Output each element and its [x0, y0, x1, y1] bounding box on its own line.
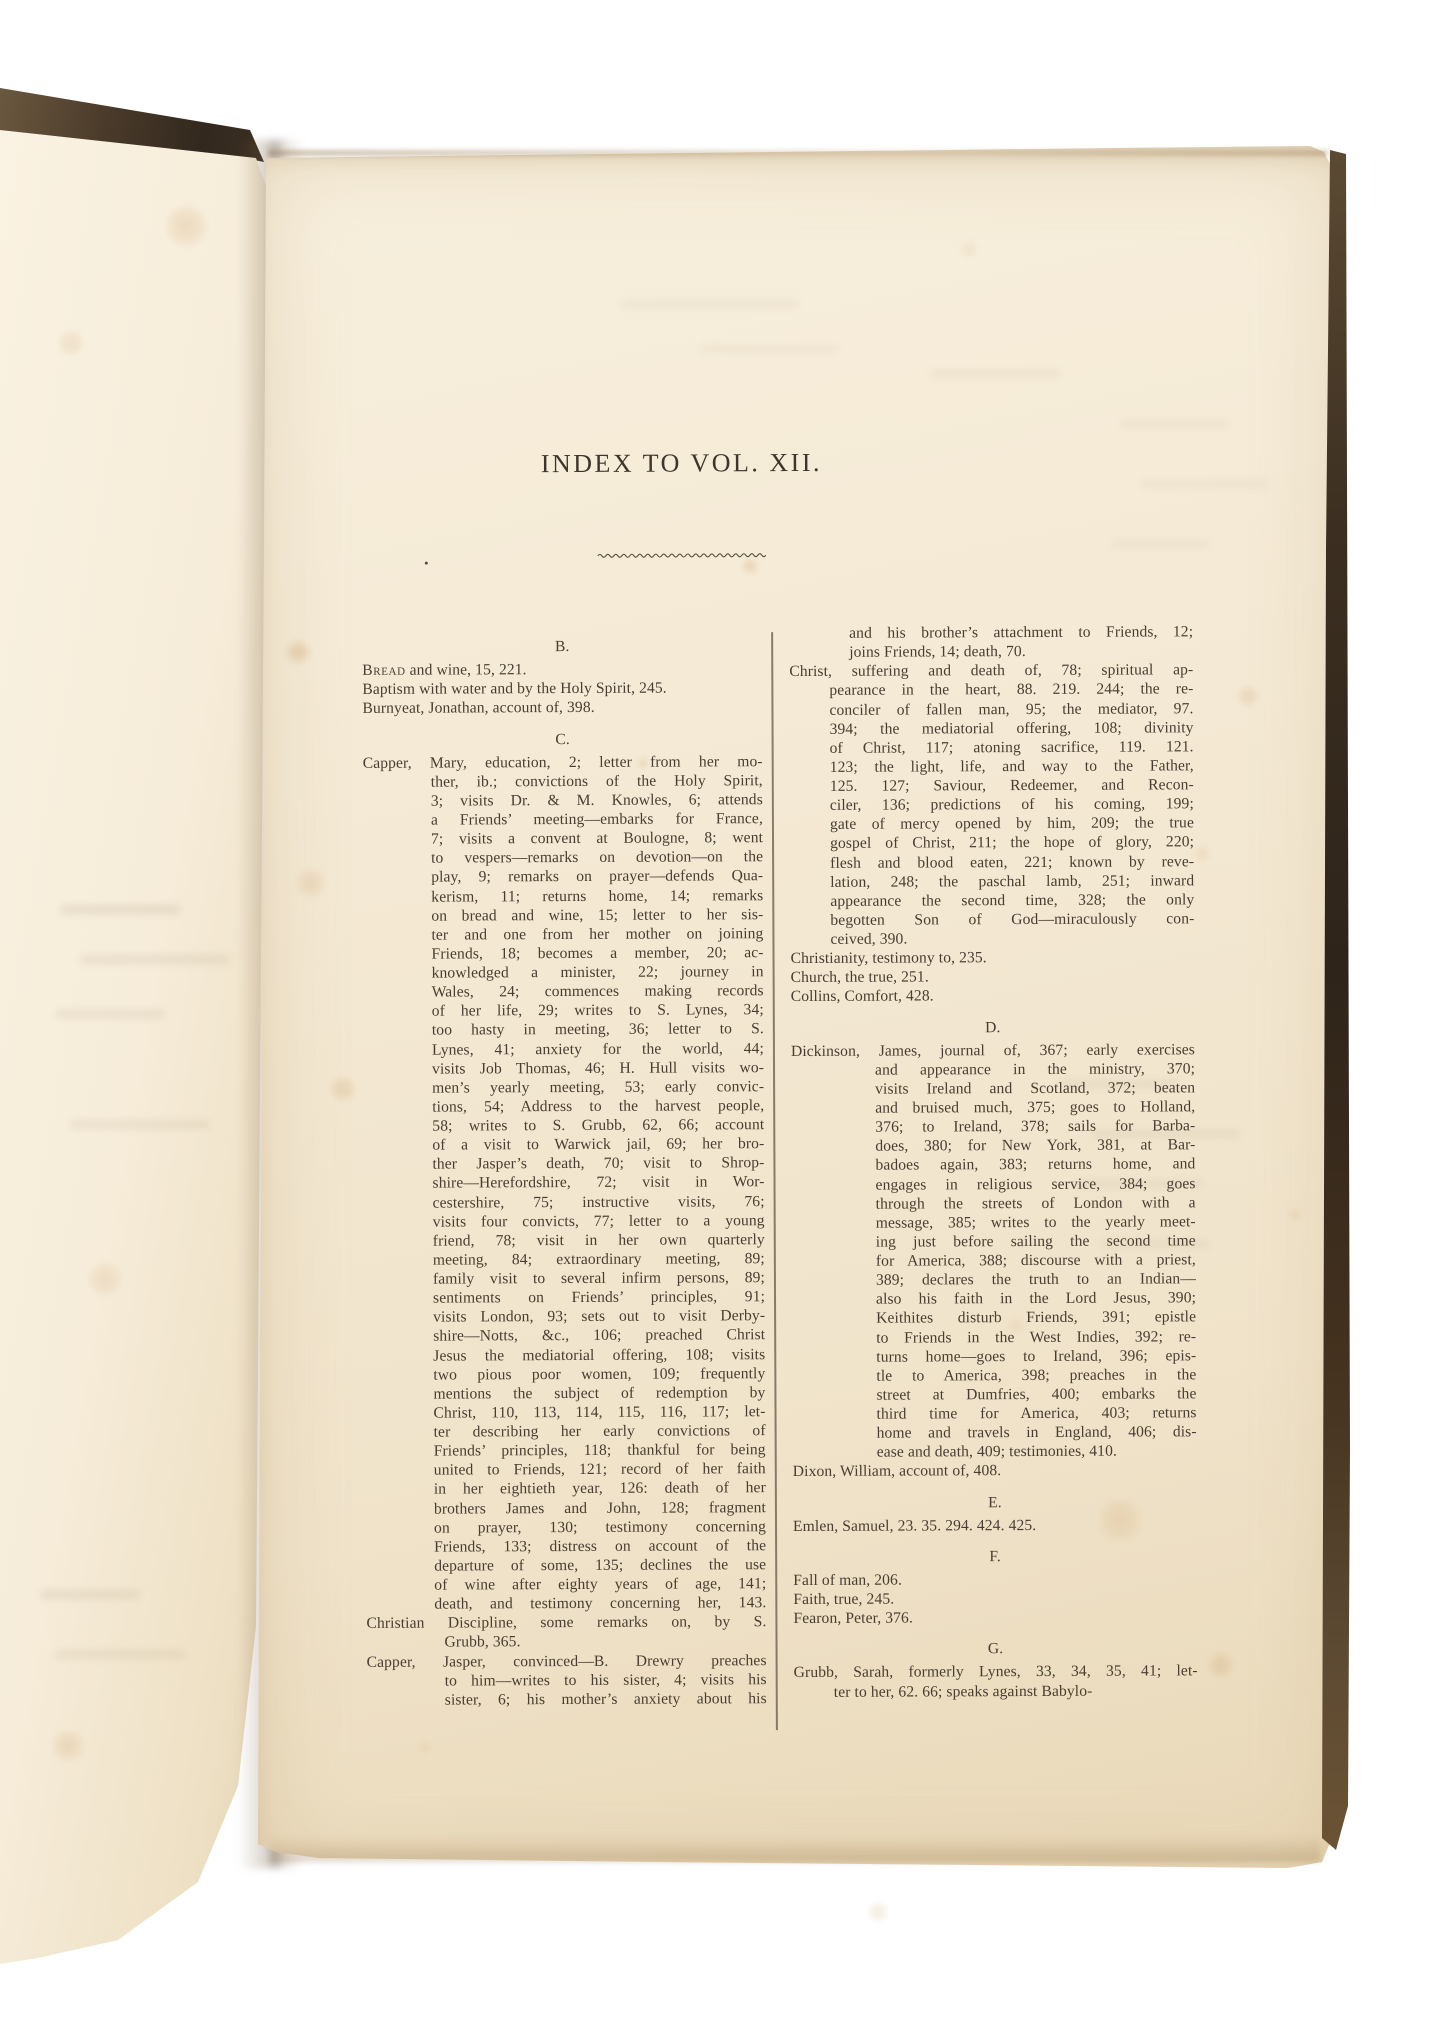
index-line: Fearon, Peter, 376. — [793, 1607, 1197, 1628]
index-line: brothers James and John, 128; fragment — [366, 1498, 766, 1519]
index-line: Collins, Comfort, 428. — [791, 986, 1195, 1007]
index-line: of Christ, 117; atoning sacrifice, 119. … — [790, 737, 1194, 758]
index-line: ther, ib.; convictions of the Holy Spiri… — [363, 771, 763, 792]
bleedthrough-smudge — [55, 1650, 185, 1659]
index-line: Wales, 24; commences making records — [364, 981, 764, 1002]
index-left-column: B.Bread and wine, 15, 221.Baptism with w… — [362, 624, 767, 1710]
index-line: Lynes, 41; anxiety for the world, 44; — [364, 1039, 764, 1060]
index-line: 3; visits Dr. & M. Knowles, 6; attends — [363, 790, 763, 811]
index-line: Church, the true, 251. — [791, 967, 1195, 988]
index-line: a Friends’ meeting—embarks for France, — [363, 809, 763, 830]
index-line: through the streets of London with a — [792, 1193, 1196, 1214]
index-line: 125. 127; Saviour, Redeemer, and Recon- — [790, 775, 1194, 796]
index-line: meeting, 84; extraordinary meeting, 89; — [365, 1249, 765, 1270]
index-line: of her life, 29; writes to S. Lynes, 34; — [364, 1000, 764, 1021]
index-line: Grubb, 365. — [366, 1632, 766, 1653]
index-line: ter to her, 62. 66; speaks against Babyl… — [794, 1681, 1198, 1702]
index-line: play, 9; remarks on prayer—defends Qua- — [363, 867, 763, 888]
index-line: visits Ireland and Scotland, 372; beaten — [791, 1078, 1195, 1099]
index-line: knowledged a minister, 22; journey in — [364, 962, 764, 983]
left-page — [0, 126, 270, 1966]
index-line: to Friends in the West Indies, 392; re- — [792, 1327, 1196, 1348]
index-line: Emlen, Samuel, 23. 35. 294. 424. 425. — [793, 1515, 1197, 1536]
bleedthrough-smudge — [80, 955, 230, 964]
index-line: home and travels in England, 406; dis- — [793, 1422, 1197, 1443]
bleedthrough-smudge — [40, 1590, 140, 1599]
index-line: street at Dumfries, 400; embarks the — [792, 1384, 1196, 1405]
index-line: Dixon, William, account of, 408. — [793, 1461, 1197, 1482]
index-line: visits London, 93; sets out to visit Der… — [365, 1306, 765, 1327]
index-line: Friends, 18; becomes a member, 20; ac- — [363, 943, 763, 964]
index-line: Christian Discipline, some remarks on, b… — [366, 1612, 766, 1633]
index-line: tle to America, 398; preaches in the — [792, 1365, 1196, 1386]
index-line: gospel of Christ, 211; the hope of glory… — [790, 833, 1194, 854]
index-line: for America, 388; discourse with a pries… — [792, 1250, 1196, 1271]
index-line: engages in religious service, 384; goes — [791, 1174, 1195, 1195]
bleedthrough-smudge — [70, 1120, 210, 1129]
ink-speck — [425, 562, 428, 565]
index-line: Burnyeat, Jonathan, account of, 398. — [362, 698, 762, 719]
index-line: Friends, 133; distress on account of the — [366, 1536, 766, 1557]
section-header: D. — [791, 1017, 1195, 1038]
index-line: 7; visits a convent at Boulogne, 8; went — [363, 828, 763, 849]
index-line: turns home—goes to Ireland, 396; epis- — [792, 1346, 1196, 1367]
index-line: Keithites disturb Friends, 391; epistle — [792, 1308, 1196, 1329]
index-line: Christ, suffering and death of, 78; spir… — [789, 661, 1193, 682]
index-line: 123; the light, life, and way to the Fat… — [790, 756, 1194, 777]
index-line: visits four convicts, 77; letter to a yo… — [365, 1211, 765, 1232]
index-line: Jesus the mediatorial offering, 108; vis… — [365, 1345, 765, 1366]
index-line: shire—Herefordshire, 72; visit in Wor- — [364, 1173, 764, 1194]
section-header: B. — [362, 636, 762, 657]
index-line: Capper, Jasper, convinced—B. Drewry prea… — [367, 1651, 767, 1672]
index-line: joins Friends, 14; death, 70. — [789, 641, 1193, 662]
index-line: 58; writes to S. Grubb, 62, 66; account — [364, 1115, 764, 1136]
book-photo: INDEX TO VOL. XII. B.Bread and wine, 15,… — [0, 0, 1445, 2023]
index-line: ciler, 136; predictions of his coming, 1… — [790, 794, 1194, 815]
index-line: of a visit to Warwick jail, 69; her bro- — [364, 1134, 764, 1155]
index-line: family visit to several infirm persons, … — [365, 1268, 765, 1289]
index-line: Baptism with water and by the Holy Spiri… — [362, 678, 762, 699]
index-line: shire—Notts, &c., 106; preached Christ — [365, 1326, 765, 1347]
section-header: C. — [363, 729, 763, 750]
index-line: tions, 54; Address to the harvest people… — [364, 1096, 764, 1117]
bleedthrough-smudge — [55, 1010, 165, 1018]
index-line: ease and death, 409; testimonies, 410. — [793, 1442, 1197, 1463]
index-line: ing just before sailing the second time — [792, 1231, 1196, 1252]
bleedthrough-smudge — [60, 905, 180, 914]
index-line: to him—writes to his sister, 4; visits h… — [367, 1670, 767, 1691]
index-line: Fall of man, 206. — [793, 1569, 1197, 1590]
foxing-spot — [868, 1902, 888, 1922]
index-line: 394; the mediatorial offering, 108; divi… — [790, 718, 1194, 739]
foxing-spot — [52, 1730, 84, 1762]
index-line: badoes again, 383; returns home, and — [791, 1155, 1195, 1176]
section-header: E. — [793, 1492, 1197, 1513]
index-line: begotten Son of God—miraculously con- — [790, 909, 1194, 930]
index-line: conciler of fallen man, 95; the mediator… — [789, 699, 1193, 720]
index-line: and bruised much, 375; goes to Holland, — [791, 1097, 1195, 1118]
index-line: sentiments on Friends’ principles, 91; — [365, 1287, 765, 1308]
index-line: third time for America, 403; returns — [792, 1403, 1196, 1424]
index-line: friend, 78; visit in her own quarterly — [365, 1230, 765, 1251]
index-line: flesh and blood eaten, 221; known by rev… — [790, 852, 1194, 873]
foxing-spot — [58, 330, 84, 356]
index-line: mentions the subject of redemption by — [365, 1383, 765, 1404]
section-header: G. — [794, 1639, 1198, 1660]
index-line: Capper, Mary, education, 2; letter from … — [363, 752, 763, 773]
section-header: F. — [793, 1546, 1197, 1567]
index-line: departure of some, 135; declines the use — [366, 1555, 766, 1576]
index-line: Faith, true, 245. — [793, 1588, 1197, 1609]
index-line: Grubb, Sarah, formerly Lynes, 33, 34, 35… — [794, 1662, 1198, 1683]
page-title: INDEX TO VOL. XII. — [361, 447, 1001, 480]
index-line: in her eightieth year, 126: death of her — [366, 1479, 766, 1500]
index-line: appearance the second time, 328; the onl… — [790, 890, 1194, 911]
index-line: visits Job Thomas, 46; H. Hull visits wo… — [364, 1058, 764, 1079]
index-line: too hasty in meeting, 36; letter to S. — [364, 1020, 764, 1041]
index-line: men’s yearly meeting, 53; early convic- — [364, 1077, 764, 1098]
index-line: pearance in the heart, 88. 219. 244; the… — [789, 680, 1193, 701]
index-line: does, 380; for New York, 381, at Bar- — [791, 1136, 1195, 1157]
index-line: on prayer, 130; testimony concerning — [366, 1517, 766, 1538]
index-right-column: and his brother’s attachment to Friends,… — [789, 622, 1198, 1701]
column-divider-rule — [771, 632, 778, 1730]
index-line: and appearance in the ministry, 370; — [791, 1059, 1195, 1080]
index-line: ter and one from her mother on joining — [363, 924, 763, 945]
index-line: on bread and wine, 15; letter to her sis… — [363, 905, 763, 926]
index-line: kerism, 11; returns home, 14; remarks — [363, 886, 763, 907]
index-line: death, and testimony concerning her, 143… — [366, 1593, 766, 1614]
index-line: ceived, 390. — [790, 928, 1194, 949]
foxing-spot — [88, 1262, 122, 1296]
index-line: of wine after eighty years of age, 141; — [366, 1574, 766, 1595]
index-line: 389; declares the truth to an Indian— — [792, 1269, 1196, 1290]
index-line: ther Jasper’s death, 70; visit to Shrop- — [364, 1153, 764, 1174]
index-page-text: INDEX TO VOL. XII. B.Bread and wine, 15,… — [258, 144, 1350, 1883]
index-line: ter describing her early convictions of — [366, 1421, 766, 1442]
index-line: Christianity, testimony to, 235. — [791, 947, 1195, 968]
index-line: Dickinson, James, journal of, 367; early… — [791, 1040, 1195, 1061]
index-line: Christ, 110, 113, 114, 115, 116, 117; le… — [365, 1402, 765, 1423]
foxing-spot — [165, 205, 207, 247]
index-line: also his faith in the Lord Jesus, 390; — [792, 1289, 1196, 1310]
index-line: Friends’ principles, 118; thankful for b… — [366, 1440, 766, 1461]
index-line: united to Friends, 121; record of her fa… — [366, 1459, 766, 1480]
decorative-squiggle-rule — [597, 546, 769, 555]
index-line: 376; to Ireland, 378; sails for Barba- — [791, 1116, 1195, 1137]
index-line: two pious poor women, 109; frequently — [365, 1364, 765, 1385]
index-line: lation, 248; the paschal lamb, 251; inwa… — [790, 871, 1194, 892]
index-line: gate of mercy opened by him, 209; the tr… — [790, 814, 1194, 835]
index-line: Bread and wine, 15, 221. — [362, 659, 762, 680]
index-line: and his brother’s attachment to Friends,… — [789, 622, 1193, 643]
small-caps-lead: Bread — [362, 662, 405, 679]
index-line: sister, 6; his mother’s anxiety about hi… — [367, 1689, 767, 1710]
index-line: to vespers—remarks on devotion—on the — [363, 847, 763, 868]
index-line: cestershire, 75; instructive visits, 76; — [365, 1192, 765, 1213]
index-line: message, 385; writes to the yearly meet- — [792, 1212, 1196, 1233]
